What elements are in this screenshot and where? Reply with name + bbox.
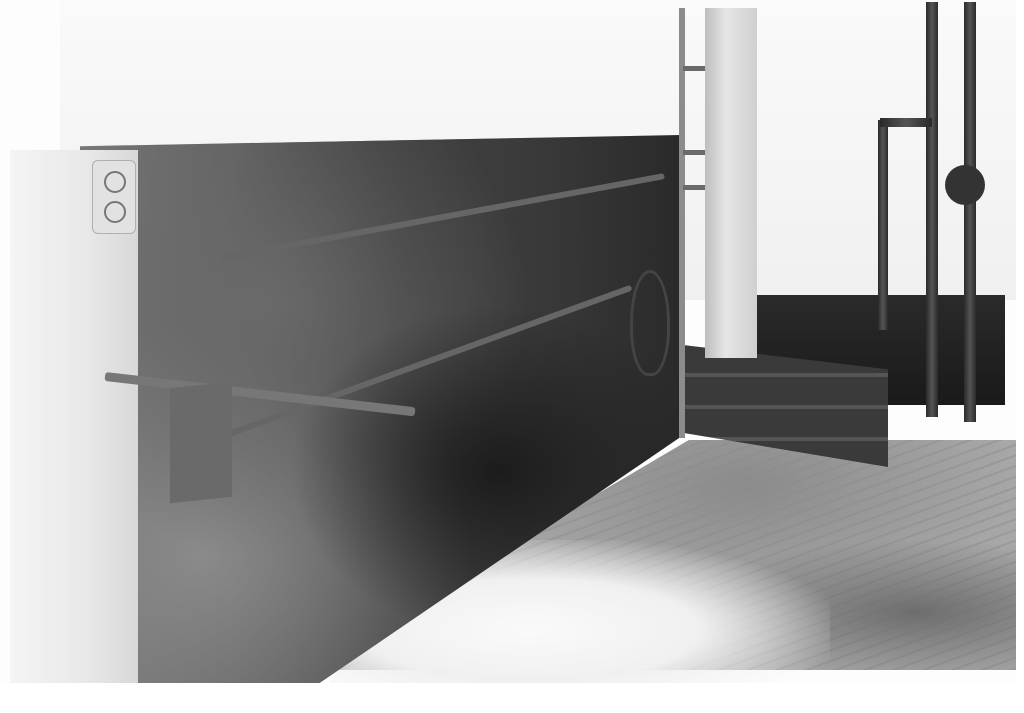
photograph [0, 0, 1024, 713]
vertical-pipe [964, 2, 976, 422]
wall-fixture-plate [92, 160, 136, 234]
vertical-pipe [926, 2, 938, 417]
valve-icon [945, 165, 985, 205]
ladder-rung [683, 150, 705, 155]
coiled-hose [630, 270, 670, 376]
photo-border [1016, 0, 1024, 713]
vertical-pipe [878, 120, 888, 330]
photo-border [0, 683, 1024, 713]
ladder-rail [679, 8, 685, 438]
concrete-pillar [705, 8, 757, 358]
metal-bracket [170, 382, 232, 504]
ladder-rung [683, 185, 705, 190]
pipe-elbow [880, 118, 932, 127]
ladder-rung [683, 66, 705, 71]
